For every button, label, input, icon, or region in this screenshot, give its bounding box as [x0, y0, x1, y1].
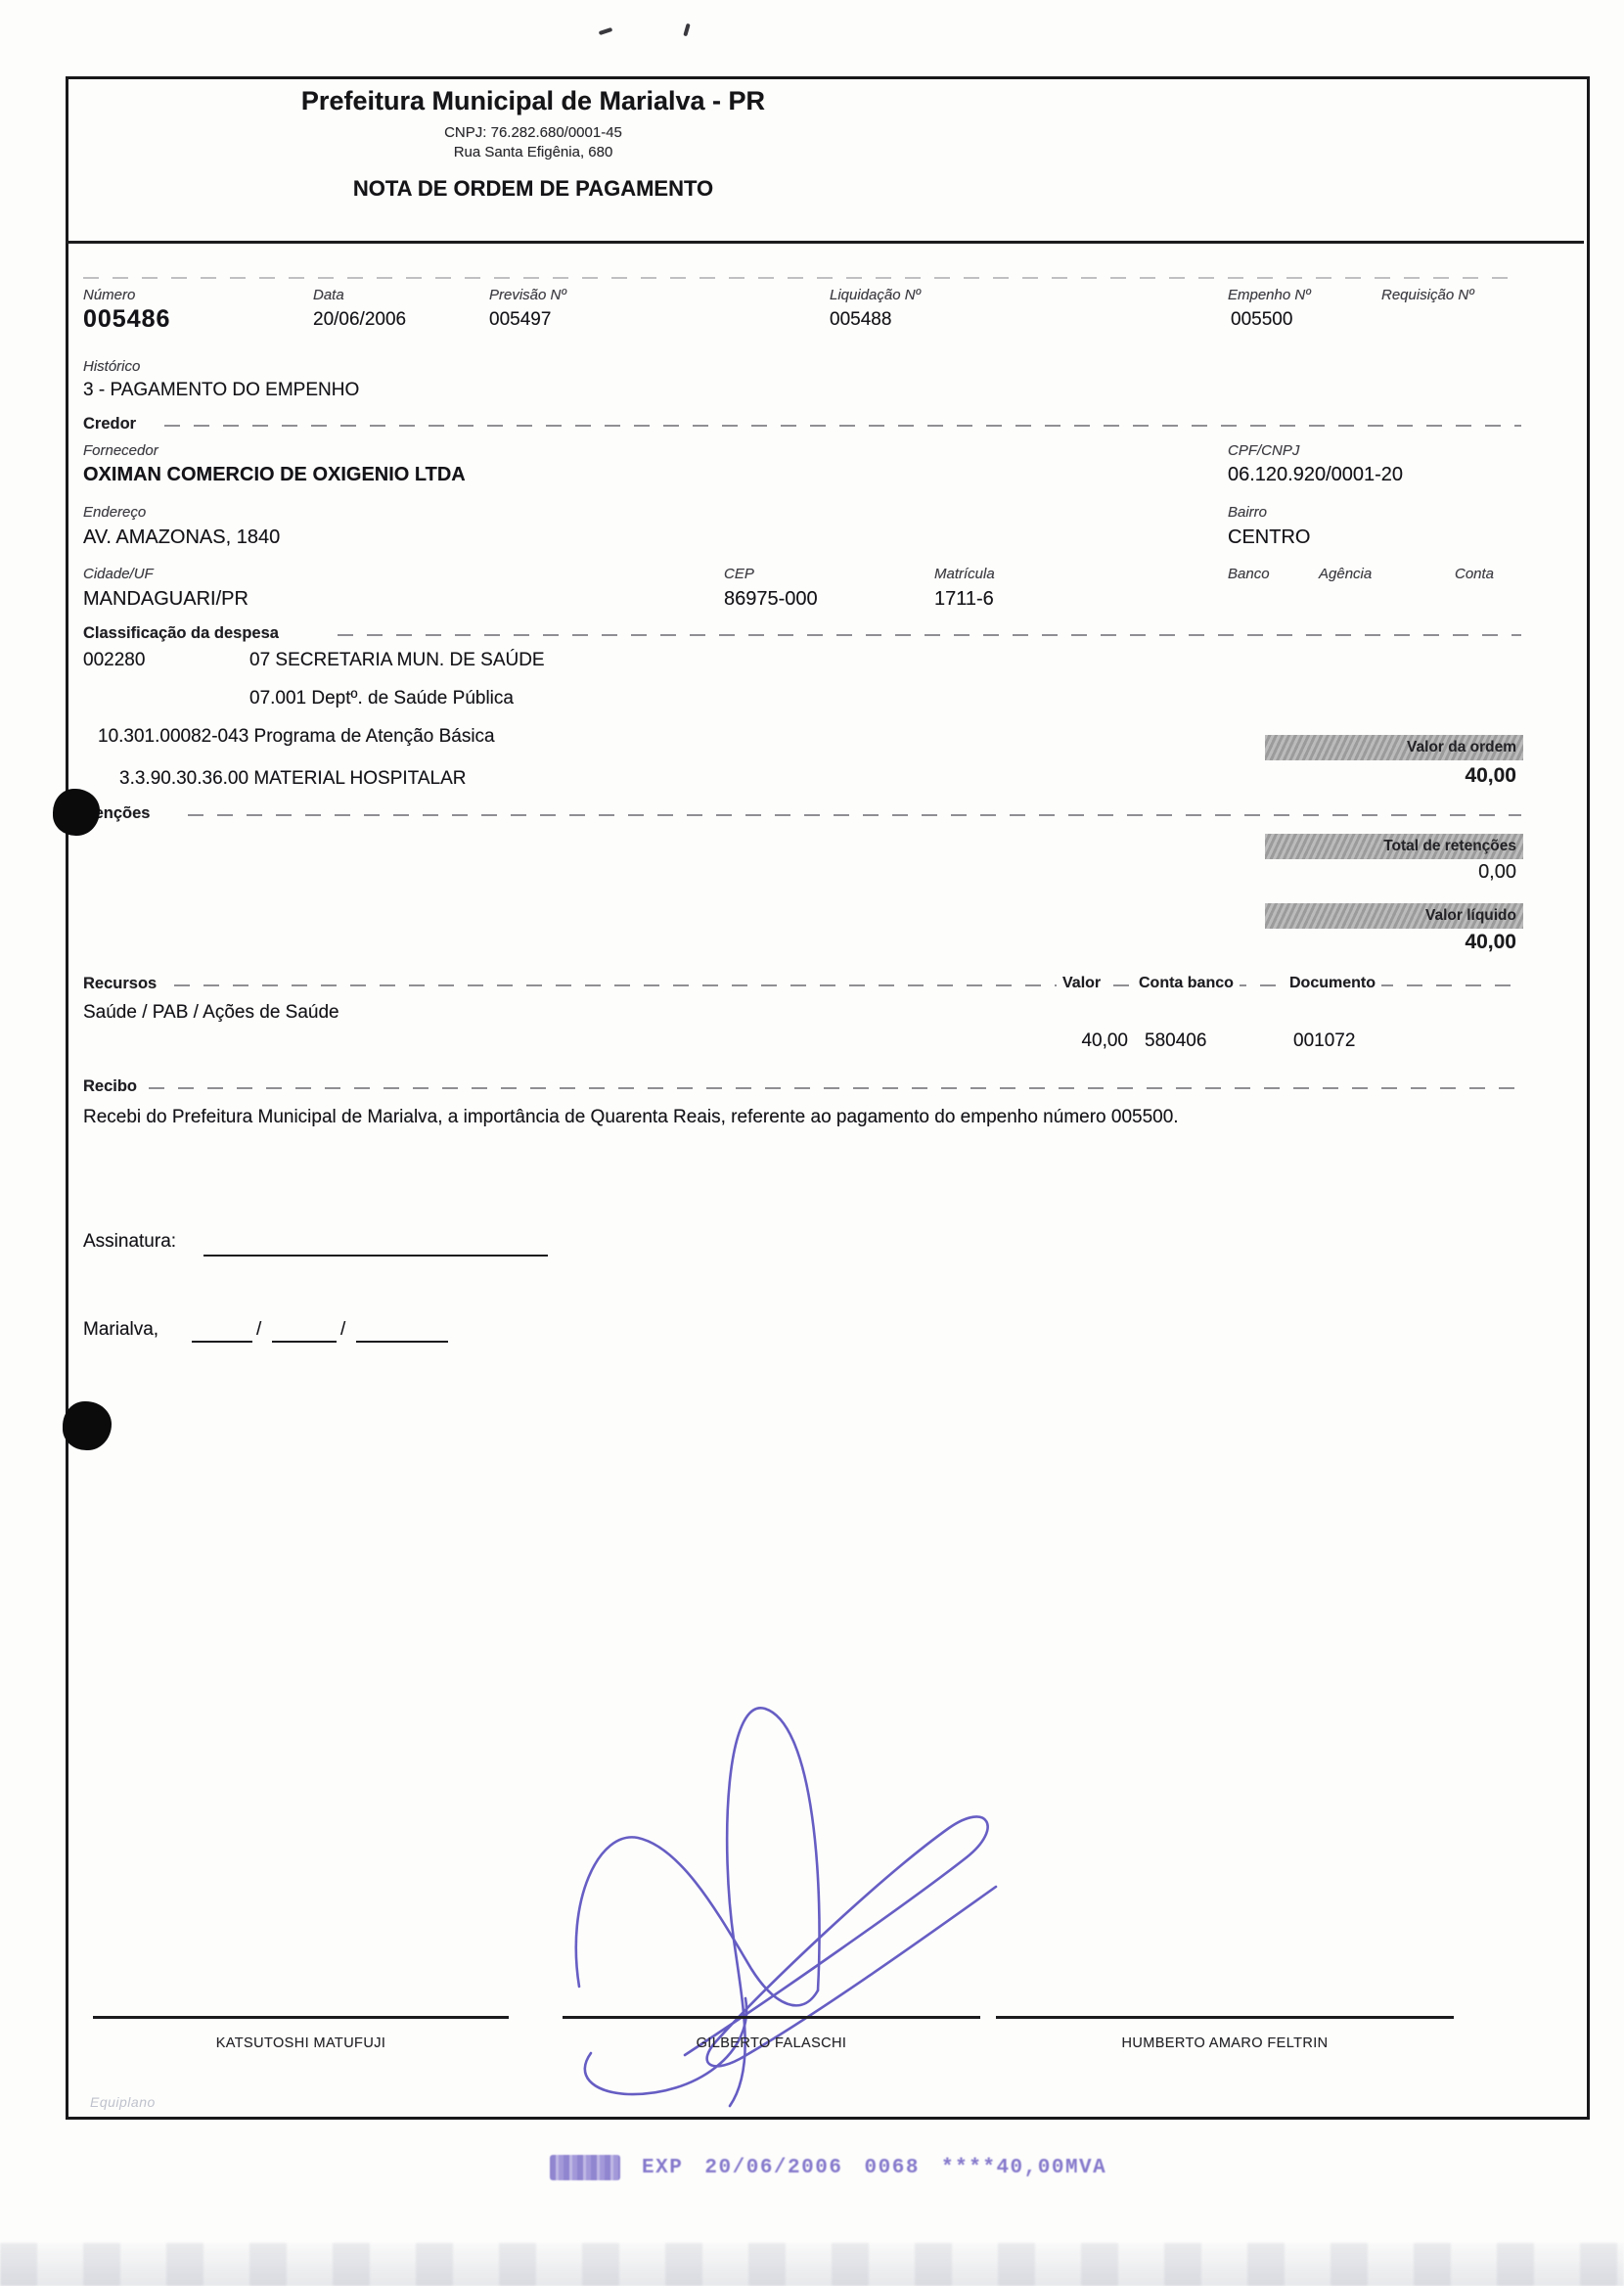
requisicao-label: Requisição Nº: [1381, 287, 1474, 303]
total-retencoes-bar: Total de retenções: [1265, 834, 1523, 859]
classificacao-section-dashes: [338, 634, 1521, 636]
assinatura-label: Assinatura:: [83, 1231, 176, 1253]
cpf-cnpj-value: 06.120.920/0001-20: [1228, 464, 1403, 486]
valor-liquido-bar-label: Valor líquido: [1425, 907, 1516, 925]
data-value: 20/06/2006: [313, 309, 406, 331]
total-retencoes-bar-label: Total de retenções: [1383, 838, 1516, 855]
classificacao-section-label: Classificação da despesa: [83, 624, 279, 643]
valor-ordem-value: 40,00: [1265, 764, 1523, 788]
punch-hole-mark: [53, 789, 100, 836]
local-data-label: Marialva,: [83, 1319, 158, 1341]
org-header: Prefeitura Municipal de Marialva - PR CN…: [66, 86, 1001, 202]
recibo-section-dashes: [149, 1087, 1521, 1089]
handwritten-signature: [528, 1664, 1037, 2124]
recursos-conta-banco-header: Conta banco: [1133, 975, 1240, 992]
recibo-texto: Recebi do Prefeitura Municipal de Marial…: [83, 1105, 1511, 1130]
recursos-section-label: Recursos: [83, 975, 157, 993]
liquidacao-label: Liquidação Nº: [830, 287, 921, 303]
punch-hole-mark: [63, 1401, 112, 1450]
system-watermark: Equiplano: [90, 2094, 156, 2110]
endereco-value: AV. AMAZONAS, 1840: [83, 526, 280, 549]
fields-top-dashes: [83, 277, 1521, 279]
valor-ordem-bar-label: Valor da ordem: [1407, 739, 1516, 756]
classificacao-programa: 10.301.00082-043 Programa de Atenção Bás…: [98, 726, 495, 748]
valor-liquido-value: 40,00: [1265, 931, 1523, 954]
date-line-day: [192, 1341, 252, 1343]
date-slash: /: [256, 1319, 261, 1341]
matricula-label: Matrícula: [934, 566, 995, 582]
org-address: Rua Santa Efigênia, 680: [66, 144, 1001, 160]
conta-label: Conta: [1455, 566, 1494, 582]
cpf-cnpj-label: CPF/CNPJ: [1228, 442, 1299, 459]
cep-value: 86975-000: [724, 588, 818, 611]
banco-label: Banco: [1228, 566, 1270, 582]
bairro-value: CENTRO: [1228, 526, 1310, 549]
signature-line: [93, 2016, 509, 2019]
signatory-name: HUMBERTO AMARO FELTRIN: [996, 2035, 1454, 2051]
cep-label: CEP: [724, 566, 754, 582]
numero-value: 005486: [83, 305, 170, 334]
bairro-label: Bairro: [1228, 504, 1267, 521]
liquidacao-value: 005488: [830, 309, 891, 331]
org-name: Prefeitura Municipal de Marialva - PR: [66, 86, 1001, 116]
cidade-uf-label: Cidade/UF: [83, 566, 154, 582]
signatory-name: KATSUTOSHI MATUFUJI: [93, 2035, 509, 2051]
classificacao-orgao: 07 SECRETARIA MUN. DE SAÚDE: [249, 650, 545, 671]
valor-ordem-bar: Valor da ordem: [1265, 735, 1523, 760]
assinatura-line: [203, 1255, 548, 1257]
matricula-value: 1711-6: [934, 588, 994, 611]
signatory-name: GILBERTO FALASCHI: [563, 2035, 980, 2051]
date-line-year: [356, 1341, 448, 1343]
org-cnpj: CNPJ: 76.282.680/0001-45: [66, 124, 1001, 141]
credor-section-dashes: [164, 425, 1521, 427]
recursos-documento-value: 001072: [1293, 1030, 1355, 1052]
numero-label: Número: [83, 287, 135, 303]
payment-stamp: EXP 20/06/2006 0068 ****40,00MVA: [550, 2155, 1106, 2180]
date-slash: /: [340, 1319, 345, 1341]
recibo-section-label: Recibo: [83, 1077, 137, 1096]
cidade-uf-value: MANDAGUARI/PR: [83, 588, 248, 611]
recursos-conta-banco-value: 580406: [1145, 1030, 1206, 1052]
fornecedor-value: OXIMAN COMERCIO DE OXIGENIO LTDA: [83, 464, 466, 486]
scan-noise-band: [0, 2243, 1624, 2286]
stamp-logo-mark: [550, 2155, 620, 2180]
recursos-valor-value: 40,00: [1035, 1030, 1128, 1052]
data-label: Data: [313, 287, 344, 303]
stamp-text: EXP 20/06/2006 0068 ****40,00MVA: [642, 2157, 1106, 2179]
historico-label: Histórico: [83, 358, 140, 375]
agencia-label: Agência: [1319, 566, 1372, 582]
fornecedor-label: Fornecedor: [83, 442, 158, 459]
doc-title: NOTA DE ORDEM DE PAGAMENTO: [66, 176, 1001, 202]
scanned-payment-order-page: Prefeitura Municipal de Marialva - PR CN…: [0, 0, 1624, 2286]
valor-liquido-bar: Valor líquido: [1265, 903, 1523, 929]
previsao-value: 005497: [489, 309, 551, 331]
pen-scribble-mark: [599, 27, 613, 35]
empenho-value: 005500: [1231, 309, 1292, 331]
previsao-label: Previsão Nº: [489, 287, 566, 303]
header-divider: [66, 241, 1584, 244]
signature-line: [996, 2016, 1454, 2019]
recursos-fonte: Saúde / PAB / Ações de Saúde: [83, 1002, 339, 1024]
historico-value: 3 - PAGAMENTO DO EMPENHO: [83, 380, 359, 401]
classificacao-elemento: 3.3.90.30.36.00 MATERIAL HOSPITALAR: [119, 768, 466, 790]
total-retencoes-value: 0,00: [1265, 861, 1523, 884]
pen-scribble-mark: [683, 23, 690, 37]
endereco-label: Endereço: [83, 504, 146, 521]
credor-section-label: Credor: [83, 415, 136, 434]
date-line-month: [272, 1341, 337, 1343]
empenho-label: Empenho Nº: [1228, 287, 1311, 303]
recursos-documento-header: Documento: [1284, 975, 1381, 992]
signature-line: [563, 2016, 980, 2019]
classificacao-unidade: 07.001 Deptº. de Saúde Pública: [249, 688, 514, 709]
classificacao-codigo: 002280: [83, 650, 145, 671]
retencoes-section-dashes: [188, 814, 1521, 816]
recursos-valor-header: Valor: [1057, 975, 1106, 992]
